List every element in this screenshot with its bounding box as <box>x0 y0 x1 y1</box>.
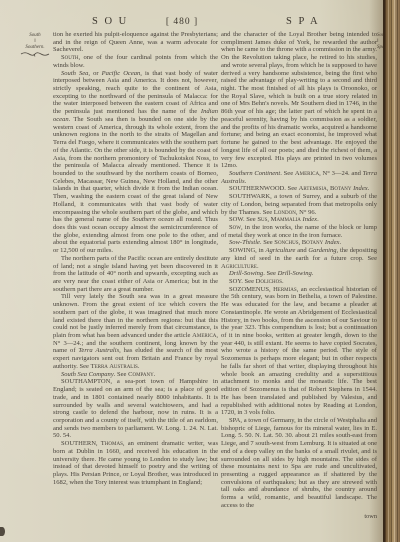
paragraph: South Sea, or Pacific Ocean, is that vas… <box>53 70 218 255</box>
book-page: S O U [ 480 ] S P A South ‖ Southern. So… <box>0 0 400 542</box>
flourish-icon <box>20 51 50 57</box>
paragraph: Southern Continent. See America, N° 3—24… <box>221 170 377 185</box>
paragraph: Till very lately the South sea was in a … <box>53 293 218 370</box>
paragraph: SOW. See Sus, Mammalia Index. <box>221 216 377 224</box>
margin-note-line: ‖ <box>34 39 35 44</box>
paragraph: tion he exerted his pulpit-eloquence aga… <box>53 31 218 54</box>
paragraph: SPA, a town of Germany, in the circle of… <box>221 417 377 510</box>
running-header-right: S P A <box>286 16 320 27</box>
paragraph: and the character of the Loyal Brother b… <box>221 31 377 170</box>
paragraph: SOUTHERNWOOD. See Artemisia, Botany Inde… <box>221 185 377 193</box>
paragraph: SOWING, in Agriculture and Gardening, th… <box>221 247 377 270</box>
margin-note-line: Southern. <box>25 45 44 50</box>
running-header-left: S O U <box>92 16 128 27</box>
right-column: and the character of the Loyal Brother b… <box>221 31 377 523</box>
paragraph: SOZOMENUS, Hermias, an ecclesiastical hi… <box>221 286 377 417</box>
margin-note-left: South ‖ Southern. <box>18 33 52 57</box>
paragraph: Sow, in the iron works, the name of the … <box>221 224 377 239</box>
page-blemish <box>0 527 5 536</box>
paragraph: South Sea Company. See Company. <box>53 371 218 379</box>
paragraph: The northern parts of the Pacific ocean … <box>53 255 218 294</box>
book-fore-edge <box>383 0 400 542</box>
paragraph: SOUTHWARK, a town of Surrey, and a subur… <box>221 193 377 216</box>
paragraph: Sow-Thistle. See Sonchus, Botany Index. <box>221 239 377 247</box>
paragraph: SOUTHERN, Thomas, an eminent dramatic wr… <box>53 440 218 486</box>
paragraph: SOY. See Dolichos. <box>221 278 377 286</box>
page-number: [ 480 ] <box>157 17 207 27</box>
paragraph: SOUTHAMPTON, a sea-port town of Hampshir… <box>53 378 218 440</box>
paragraph: South, one of the four cardinal points f… <box>53 54 218 69</box>
paragraph: Drill-Sowing. See Drill-Sowing. <box>221 270 377 278</box>
margin-note-line: South <box>29 33 40 38</box>
left-column: tion he exerted his pulpit-eloquence aga… <box>53 31 218 523</box>
